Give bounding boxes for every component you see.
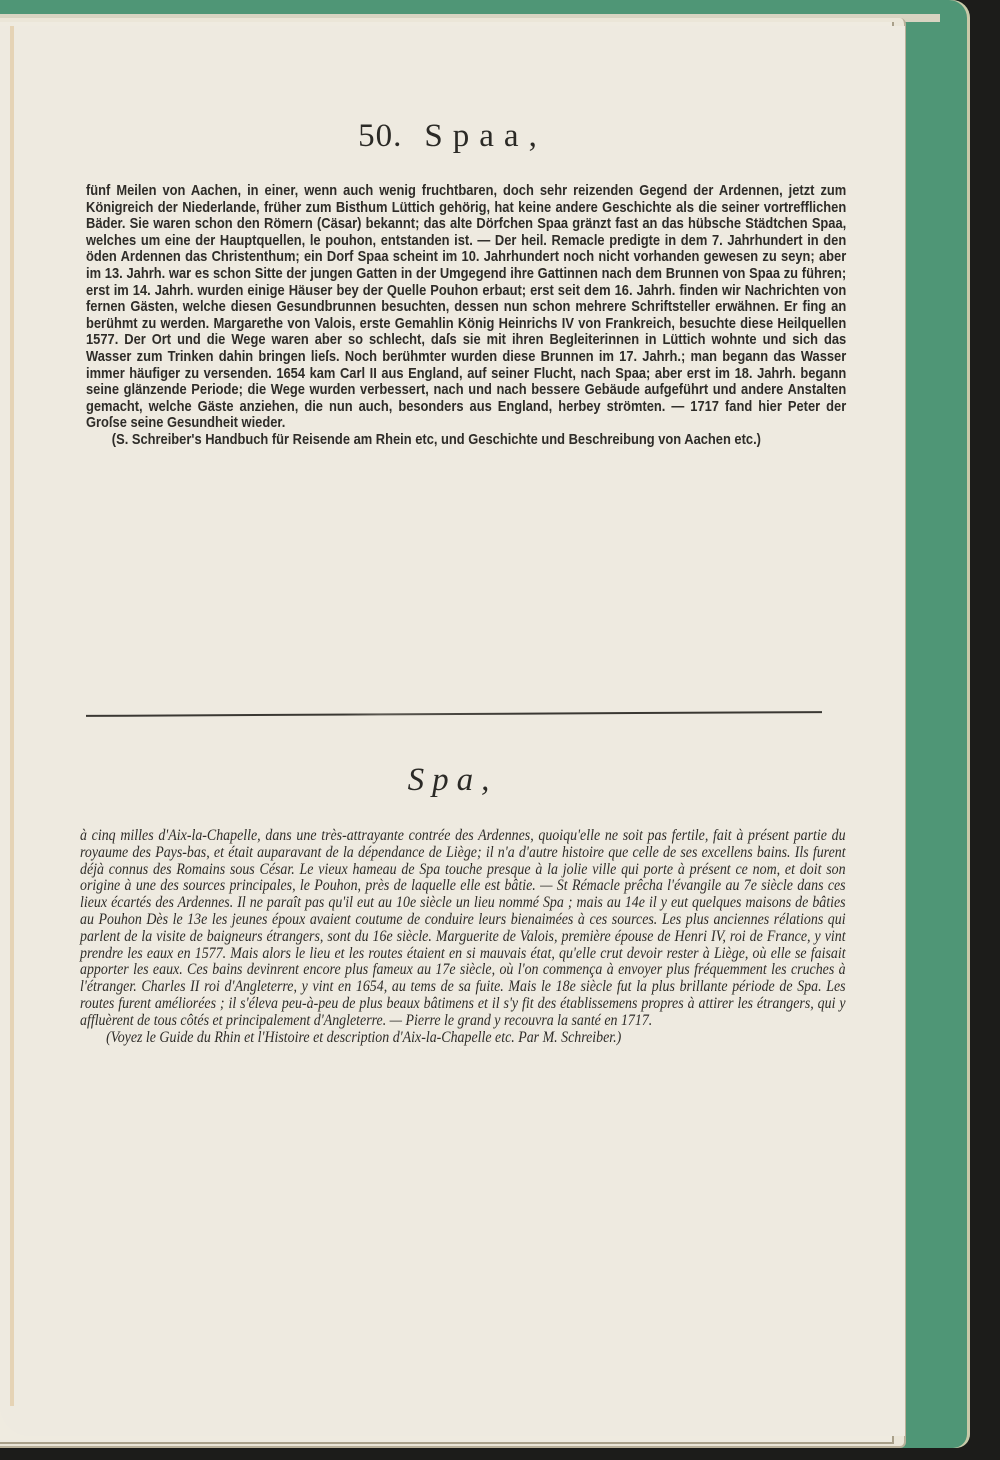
- entry-number: 50.: [358, 118, 402, 154]
- french-paragraph: à cinq milles d'Aix-la-Chapelle, dans un…: [80, 828, 846, 1030]
- page-gutter: [10, 26, 14, 1406]
- german-body: fünf Meilen von Aachen, in einer, wenn a…: [86, 183, 846, 449]
- french-citation: (Voyez le Guide du Rhin et l'Histoire et…: [80, 1030, 846, 1047]
- german-citation: (S. Schreiber's Handbuch für Reisende am…: [86, 432, 846, 449]
- french-body: à cinq milles d'Aix-la-Chapelle, dans un…: [80, 828, 846, 1046]
- german-title: Spaa,: [424, 118, 546, 154]
- french-heading: Spa,: [0, 762, 905, 799]
- german-heading: 50.Spaa,: [0, 118, 905, 155]
- german-paragraph: fünf Meilen von Aachen, in einer, wenn a…: [86, 183, 846, 432]
